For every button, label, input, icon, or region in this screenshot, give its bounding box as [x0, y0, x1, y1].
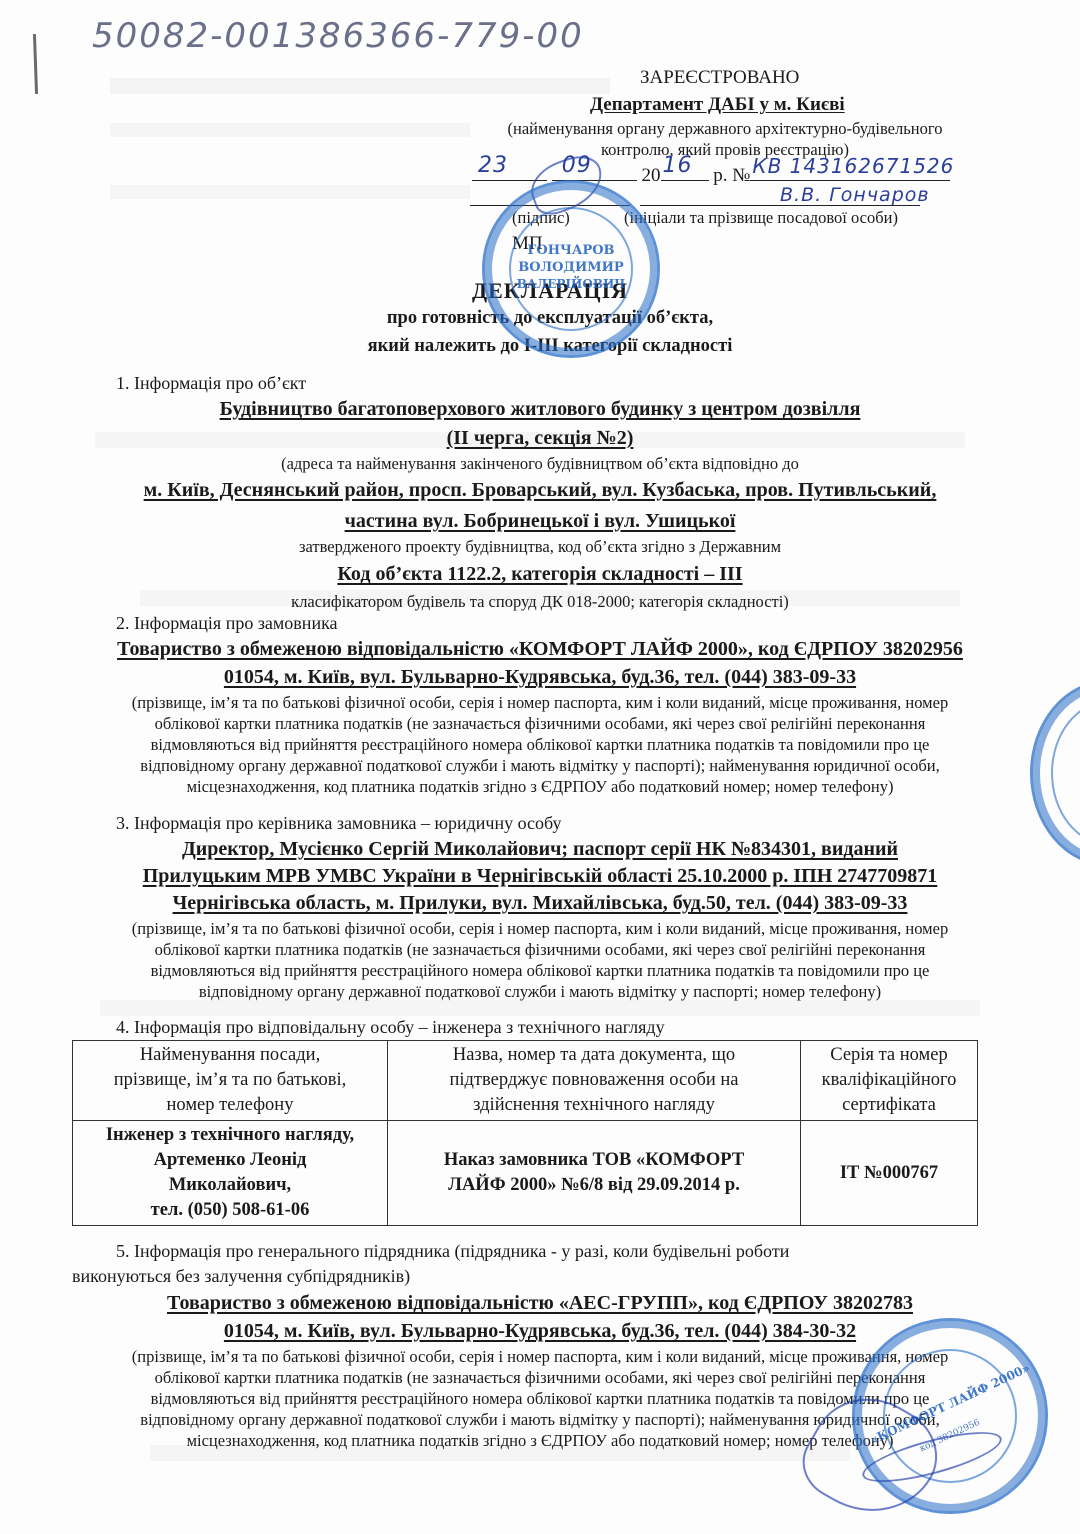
director-caption-1: (прізвище, ім’я та по батькові фізичної …	[60, 918, 1020, 939]
object-address-line-2: частина вул. Бобринецької і вул. Ушицько…	[60, 508, 1020, 534]
stamp-name-3: ВАЛЕРІЙОВИЧ	[485, 277, 657, 291]
table-row: Інженер з технічного нагляду, Артеменко …	[73, 1121, 978, 1226]
edge-stamp	[1030, 680, 1080, 866]
dabi-official-stamp: ГОНЧАРОВ ВОЛОДИМИР ВАЛЕРІЙОВИЧ	[482, 180, 660, 358]
section-5-heading: 5. Інформація про генерального підрядник…	[72, 1240, 982, 1288]
stamp-inner-ring	[1051, 701, 1080, 845]
director-line-3: Чернігівська область, м. Прилуки, вул. М…	[60, 890, 1020, 916]
number-label: р. №	[713, 165, 750, 186]
director-line-2: Прилуцьким МРВ УМВС України в Чернігівсь…	[60, 863, 1020, 889]
contractor-line-1: Товариство з обмеженою відповідальністю …	[60, 1290, 1020, 1316]
contractor-line-2: 01054, м. Київ, вул. Бульварно-Кудрявськ…	[60, 1318, 1020, 1344]
section-3-heading: 3. Інформація про керівника замовника – …	[116, 812, 562, 835]
object-name-line-2: (II черга, секція №2)	[60, 425, 1020, 451]
customer-line-1: Товариство з обмеженою відповідальністю …	[60, 636, 1020, 662]
authority-caption-line-1: (найменування органу державного архітект…	[480, 118, 970, 139]
header-authority-document: Назва, номер та дата документа, що підтв…	[388, 1041, 801, 1121]
header-position-name: Найменування посади, прізвище, ім’я та п…	[73, 1041, 388, 1121]
section-5-heading-line-2: виконуються без залучення субпідрядників…	[72, 1265, 982, 1288]
section-5-heading-line-1: 5. Інформація про генерального підрядник…	[72, 1240, 982, 1263]
section-2-heading: 2. Інформація про замовника	[116, 612, 338, 635]
object-code-line: Код об’єкта 1122.2, категорія складності…	[60, 561, 1020, 587]
bleed-through-text	[110, 185, 470, 199]
director-caption-4: відповідному органу державної податкової…	[60, 981, 1020, 1002]
section-2-body: Товариство з обмеженою відповідальністю …	[60, 636, 1020, 797]
director-caption-2: облікової картки платника податків (не з…	[60, 939, 1020, 960]
engineer-name-cell: Інженер з технічного нагляду, Артеменко …	[73, 1121, 388, 1226]
customer-caption-5: місцезнаходження, код платника податків …	[60, 776, 1020, 797]
bleed-through-text	[100, 1000, 980, 1016]
registration-status: ЗАРЕЄСТРОВАНО	[640, 66, 799, 90]
director-line-1: Директор, Мусієнко Сергій Миколайович; п…	[60, 836, 1020, 862]
object-address-line-1: м. Київ, Деснянський район, просп. Брова…	[60, 477, 1020, 503]
section-1-heading: 1. Інформація про об’єкт	[116, 372, 306, 395]
reg-number-field: КВ 143162671526	[750, 158, 950, 181]
official-name-handwritten: В.В. Гончаров	[780, 184, 930, 206]
section-3-body: Директор, Мусієнко Сергій Миколайович; п…	[60, 836, 1020, 1002]
object-caption-1: (адреса та найменування закінченого буді…	[60, 453, 1020, 474]
section-4-heading: 4. Інформація про відповідальну особу – …	[116, 1016, 665, 1039]
bleed-through-text	[110, 78, 610, 94]
pencil-mark	[33, 34, 38, 94]
year-prefix: 20	[642, 165, 661, 186]
stamp-name-1: ГОНЧАРОВ	[485, 243, 657, 258]
object-caption-3: класифікатором будівель та споруд ДК 018…	[60, 591, 1020, 612]
customer-line-2: 01054, м. Київ, вул. Бульварно-Кудрявськ…	[60, 664, 1020, 690]
year-field: 16	[661, 158, 709, 181]
table-header-row: Найменування посади, прізвище, ім’я та п…	[73, 1041, 978, 1121]
section-1-body: Будівництво багатоповерхового житлового …	[60, 396, 1020, 612]
certificate-cell: ІТ №000767	[801, 1121, 978, 1226]
object-caption-2: затвердженого проекту будівництва, код о…	[60, 536, 1020, 557]
supervision-engineer-table: Найменування посади, прізвище, ім’я та п…	[72, 1040, 978, 1226]
customer-caption-1: (прізвище, ім’я та по батькові фізичної …	[60, 692, 1020, 713]
customer-caption-4: відповідному органу державної податкової…	[60, 755, 1020, 776]
stamp-name-2: ВОЛОДИМИР	[485, 260, 657, 275]
header-certificate: Серія та номер кваліфікаційного сертифік…	[801, 1041, 978, 1121]
customer-caption-3: відмовляються від прийняття реєстраційно…	[60, 734, 1020, 755]
handwritten-reference-number: 50082-001386366-779-00	[92, 14, 584, 58]
object-name-line-1: Будівництво багатоповерхового житлового …	[60, 396, 1020, 422]
bleed-through-text	[110, 123, 470, 137]
customer-caption-2: облікової картки платника податків (не з…	[60, 713, 1020, 734]
registration-authority: Департамент ДАБІ у м. Києві	[590, 93, 845, 117]
director-caption-3: відмовляються від прийняття реєстраційно…	[60, 960, 1020, 981]
name-caption: (ініціали та прізвище посадової особи)	[624, 207, 898, 228]
authority-document-cell: Наказ замовника ТОВ «КОМФОРТ ЛАЙФ 2000» …	[388, 1121, 801, 1226]
